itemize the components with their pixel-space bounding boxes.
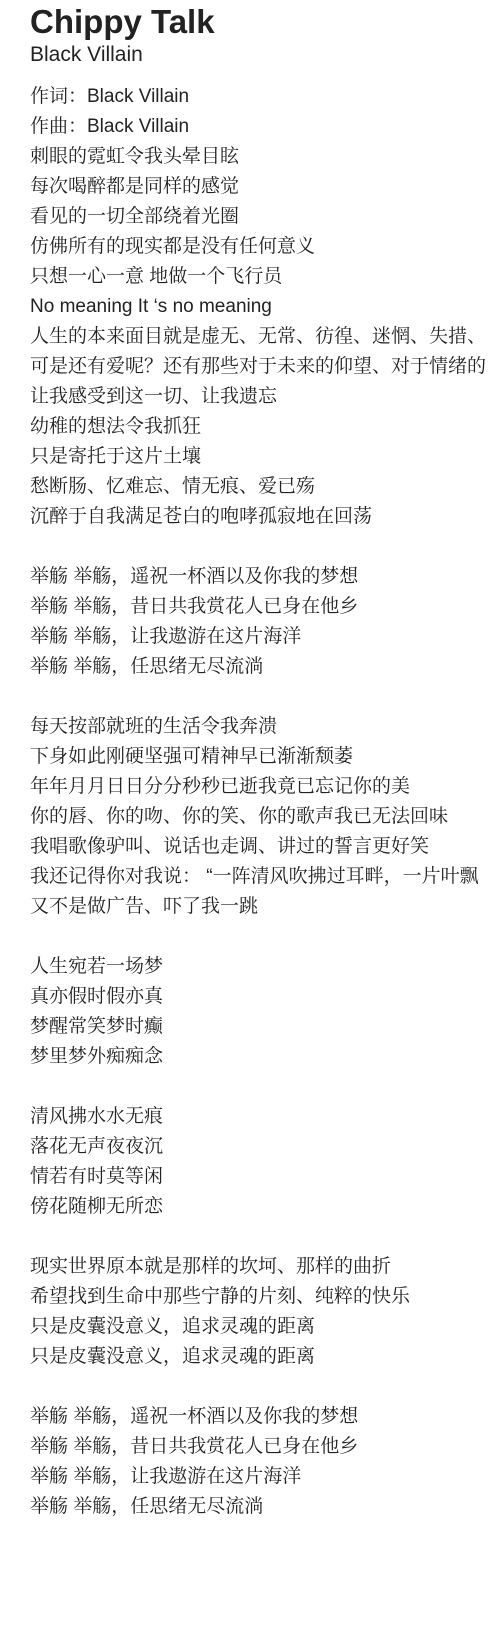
lyric-line: 举觞 举觞，让我遨游在这片海洋 (30, 1462, 500, 1492)
lyric-line: 举觞 举觞，昔日共我赏花人已身在他乡 (30, 1432, 500, 1462)
lyric-line: 梦醒常笑梦时癫 (30, 1012, 500, 1042)
lyrics-block: 作词：Black Villain 作曲：Black Villain 刺眼的霓虹令… (30, 82, 500, 1522)
song-title: Chippy Talk (30, 2, 500, 42)
lyric-blank-line (30, 1072, 500, 1102)
lyric-blank-line (30, 682, 500, 712)
lyric-line: 愁断肠、忆难忘、情无痕、爱已殇 (30, 472, 500, 502)
lyric-line: 傍花随柳无所恋 (30, 1192, 500, 1222)
lyric-line: 举觞 举觞，让我遨游在这片海洋 (30, 622, 500, 652)
lyric-line: 下身如此刚硬坚强可精神早已渐渐颓萎 (30, 742, 500, 772)
credit-composer: 作曲：Black Villain (30, 112, 500, 142)
lyric-line: 现实世界原本就是那样的坎坷、那样的曲折 (30, 1252, 500, 1282)
lyric-line: 情若有时莫等闲 (30, 1162, 500, 1192)
lyric-line: 梦里梦外痴痴念 (30, 1042, 500, 1072)
lyric-line: 只是皮囊没意义，追求灵魂的距离 (30, 1312, 500, 1342)
lyric-line: 每次喝醉都是同样的感觉 (30, 172, 500, 202)
lyric-line: 年年月月日日分分秒秒已逝我竟已忘记你的美 (30, 772, 500, 802)
lyrics-lines: 刺眼的霓虹令我头晕目眩每次喝醉都是同样的感觉看见的一切全部绕着光圈仿佛所有的现实… (30, 142, 500, 1522)
lyric-line: No meaning It ‘s no meaning (30, 292, 500, 322)
lyric-line: 人生宛若一场梦 (30, 952, 500, 982)
lyric-line: 你的唇、你的吻、你的笑、你的歌声我已无法回味 (30, 802, 500, 832)
lyric-line: 每天按部就班的生活令我奔溃 (30, 712, 500, 742)
lyric-line: 落花无声夜夜沉 (30, 1132, 500, 1162)
lyric-line: 让我感受到这一切、让我遗忘 (30, 382, 500, 412)
lyric-line: 举觞 举觞，昔日共我赏花人已身在他乡 (30, 592, 500, 622)
lyric-line: 刺眼的霓虹令我头晕目眩 (30, 142, 500, 172)
lyric-line: 又不是做广告、吓了我一跳 (30, 892, 500, 922)
credit-lyricist: 作词：Black Villain (30, 82, 500, 112)
lyrics-page: Chippy Talk Black Villain 作词：Black Villa… (0, 2, 500, 1522)
lyric-blank-line (30, 1372, 500, 1402)
lyric-line: 仿佛所有的现实都是没有任何意义 (30, 232, 500, 262)
lyric-line: 可是还有爱呢？还有那些对于未来的仰望、对于情绪的 (30, 352, 500, 382)
lyric-blank-line (30, 922, 500, 952)
artist-name: Black Villain (30, 42, 500, 68)
lyric-line: 举觞 举觞，任思绪无尽流淌 (30, 652, 500, 682)
lyric-line: 只是寄托于这片土壤 (30, 442, 500, 472)
lyric-blank-line (30, 1222, 500, 1252)
lyric-line: 人生的本来面目就是虚无、无常、彷徨、迷惘、失措、 (30, 322, 500, 352)
lyric-line: 举觞 举觞，遥祝一杯酒以及你我的梦想 (30, 1402, 500, 1432)
lyric-line: 只是皮囊没意义，追求灵魂的距离 (30, 1342, 500, 1372)
lyric-line: 幼稚的想法令我抓狂 (30, 412, 500, 442)
lyric-line: 看见的一切全部绕着光圈 (30, 202, 500, 232)
lyric-line: 希望找到生命中那些宁静的片刻、纯粹的快乐 (30, 1282, 500, 1312)
lyric-line: 真亦假时假亦真 (30, 982, 500, 1012)
lyric-line: 只想一心一意 地做一个飞行员 (30, 262, 500, 292)
lyric-blank-line (30, 532, 500, 562)
lyric-line: 清风拂水水无痕 (30, 1102, 500, 1132)
lyric-line: 举觞 举觞，遥祝一杯酒以及你我的梦想 (30, 562, 500, 592)
lyric-line: 沉醉于自我满足苍白的咆哮孤寂地在回荡 (30, 502, 500, 532)
lyric-line: 我还记得你对我说： “一阵清风吹拂过耳畔，一片叶飘 (30, 862, 500, 892)
lyric-line: 举觞 举觞，任思绪无尽流淌 (30, 1492, 500, 1522)
lyric-line: 我唱歌像驴叫、说话也走调、讲过的誓言更好笑 (30, 832, 500, 862)
